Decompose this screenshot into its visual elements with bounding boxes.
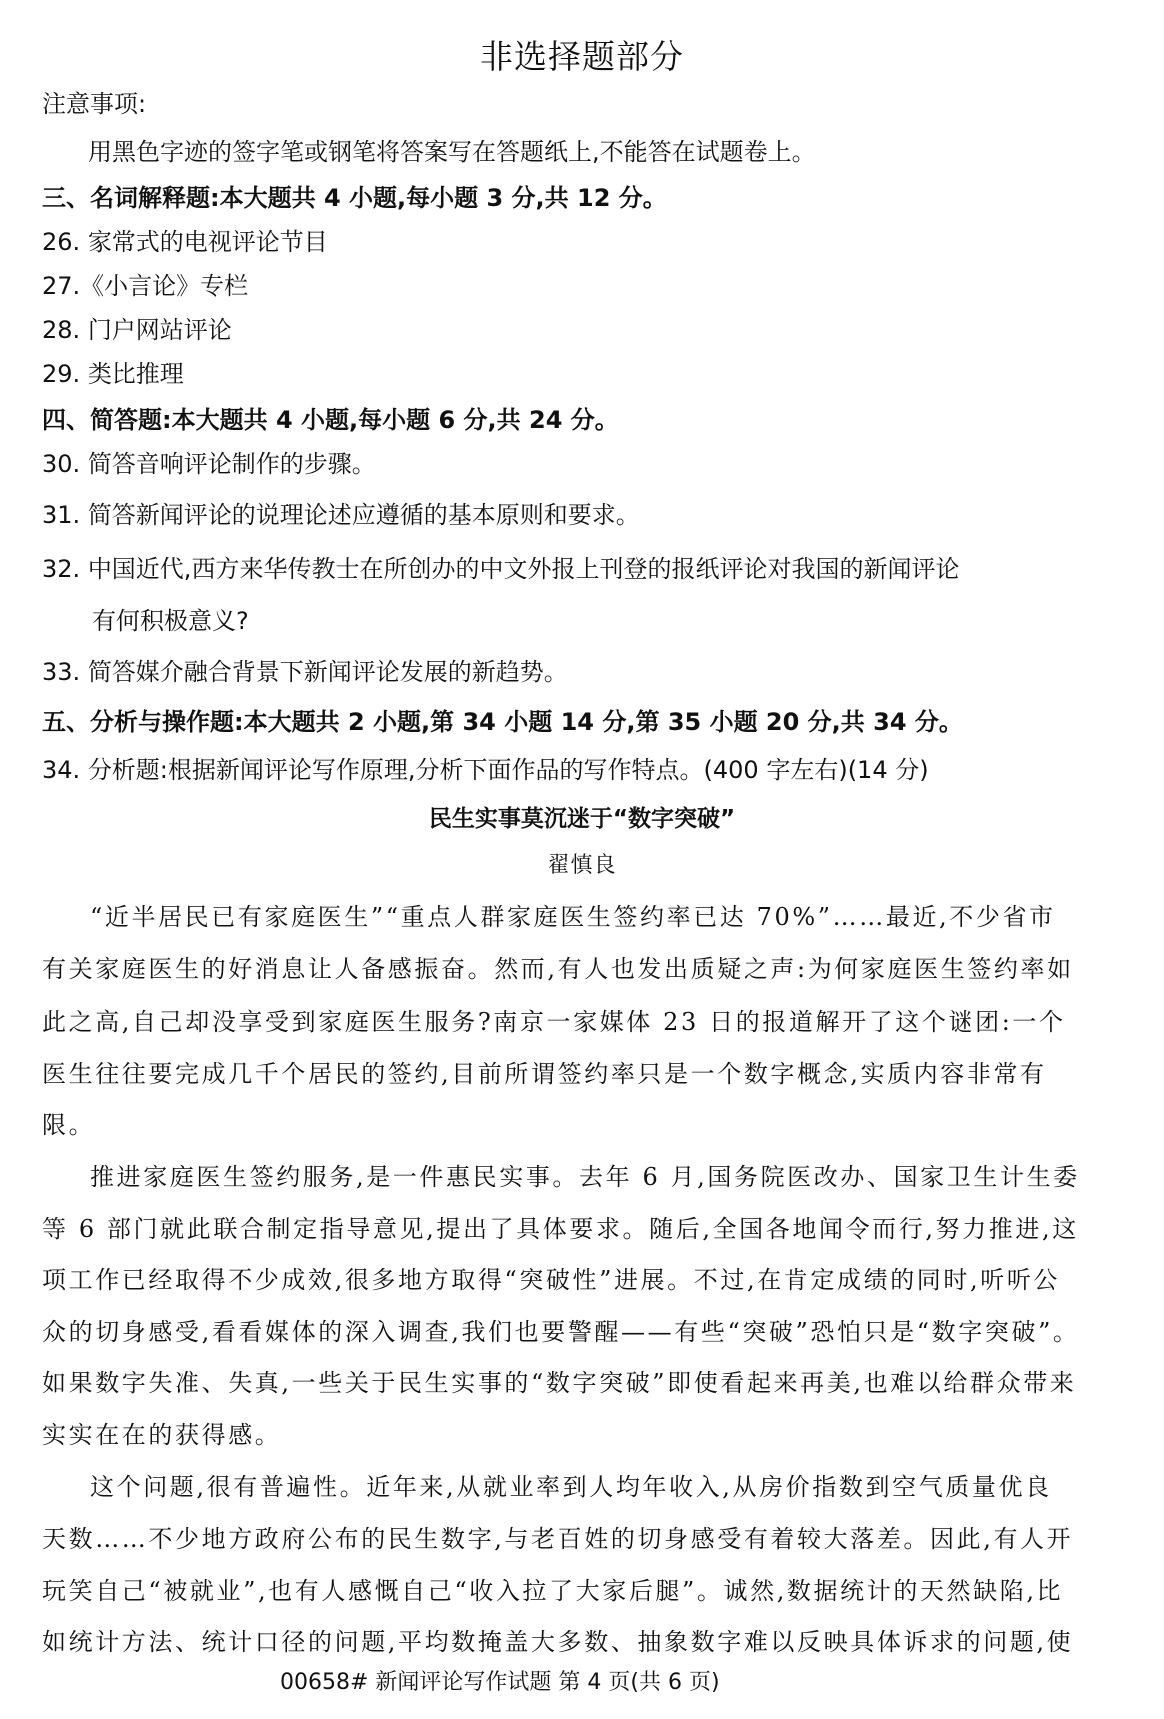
question-text: 分析题:根据新闻评论写作原理,分析下面作品的写作特点。(400 字左右)(14 … xyxy=(88,756,929,784)
question-text: 门户网站评论 xyxy=(88,316,232,344)
question-text: 家常式的电视评论节目 xyxy=(88,228,328,256)
question-34: 34. 分析题:根据新闻评论写作原理,分析下面作品的写作特点。(400 字左右)… xyxy=(42,758,929,782)
question-31: 31. 简答新闻评论的说理论述应遵循的基本原则和要求。 xyxy=(42,503,640,527)
question-number: 27. xyxy=(42,272,80,300)
question-number: 26. xyxy=(42,228,80,256)
question-number: 28. xyxy=(42,316,80,344)
question-number: 30. xyxy=(42,450,80,478)
page-footer: 00658# 新闻评论写作试题 第 4 页(共 6 页) xyxy=(280,1672,720,1694)
question-number: 32. xyxy=(42,555,80,583)
article-author: 翟慎良 xyxy=(0,855,1164,877)
article-line: 众的切身感受,看看媒体的深入调查,我们也要警醒——有些“突破”恐怕只是“数字突破… xyxy=(42,1320,1080,1344)
article-line: 玩笑自己“被就业”,也有人感慨自己“收入拉了大家后腿”。诚然,数据统计的天然缺陷… xyxy=(42,1579,1063,1603)
article-line: 有关家庭医生的好消息让人备感振奋。然而,有人也发出质疑之声:为何家庭医生签约率如 xyxy=(42,957,1074,981)
article-line: “近半居民已有家庭医生”“重点人群家庭医生签约率已达 70%”……最近,不少省市 xyxy=(90,905,1056,929)
question-27: 27.《小言论》专栏 xyxy=(42,274,248,298)
question-28: 28. 门户网站评论 xyxy=(42,318,232,342)
article-line: 此之高,自己却没享受到家庭医生服务?南京一家媒体 23 日的报道解开了这个谜团:… xyxy=(42,1010,1066,1034)
question-text: 简答新闻评论的说理论述应遵循的基本原则和要求。 xyxy=(88,501,640,529)
article-title: 民生实事莫沉迷于“数字突破” xyxy=(0,808,1164,831)
section3-heading: 三、名词解释题:本大题共 4 小题,每小题 3 分,共 12 分。 xyxy=(42,186,667,210)
section4-heading: 四、简答题:本大题共 4 小题,每小题 6 分,共 24 分。 xyxy=(42,408,619,432)
article-line: 医生往往要完成几千个居民的签约,目前所谓签约率只是一个数字概念,实质内容非常有 xyxy=(42,1062,1047,1086)
article-line: 如果数字失准、失真,一些关于民生实事的“数字突破”即使看起来再美,也难以给群众带… xyxy=(42,1371,1076,1395)
question-number: 29. xyxy=(42,360,80,388)
question-33: 33. 简答媒介融合背景下新闻评论发展的新趋势。 xyxy=(42,660,568,684)
article-line: 限。 xyxy=(42,1113,95,1137)
article-line: 项工作已经取得不少成效,很多地方取得“突破性”进展。不过,在肯定成绩的同时,听听… xyxy=(42,1268,1060,1292)
article-line: 如统计方法、统计口径的问题,平均数掩盖大多数、抽象数字难以反映具体诉求的问题,使 xyxy=(42,1630,1073,1654)
question-text: 简答媒介融合背景下新闻评论发展的新趋势。 xyxy=(88,658,568,686)
question-32: 32. 中国近代,西方来华传教士在所创办的中文外报上刊登的报纸评论对我国的新闻评… xyxy=(42,557,959,581)
question-text: 中国近代,西方来华传教士在所创办的中文外报上刊登的报纸评论对我国的新闻评论 xyxy=(88,555,960,583)
question-number: 33. xyxy=(42,658,80,686)
question-29: 29. 类比推理 xyxy=(42,362,184,386)
question-text: 类比推理 xyxy=(88,360,184,388)
question-26: 26. 家常式的电视评论节目 xyxy=(42,230,328,254)
page-title: 非选择题部分 xyxy=(0,40,1164,73)
article-line: 等 6 部门就此联合制定指导意见,提出了具体要求。随后,全国各地闻令而行,努力推… xyxy=(42,1217,1079,1241)
question-number: 34. xyxy=(42,756,80,784)
question-text: 《小言论》专栏 xyxy=(80,272,248,300)
section5-heading: 五、分析与操作题:本大题共 2 小题,第 34 小题 14 分,第 35 小题 … xyxy=(42,710,963,734)
article-line: 这个问题,很有普遍性。近年来,从就业率到人均年收入,从房价指数到空气质量优良 xyxy=(90,1475,1052,1499)
question-text: 简答音响评论制作的步骤。 xyxy=(88,450,376,478)
question-32-continued: 有何积极意义? xyxy=(92,609,249,633)
article-line: 推进家庭医生签约服务,是一件惠民实事。去年 6 月,国务院医改办、国家卫生计生委 xyxy=(90,1165,1080,1189)
question-30: 30. 简答音响评论制作的步骤。 xyxy=(42,452,376,476)
question-number: 31. xyxy=(42,501,80,529)
article-line: 实实在在的获得感。 xyxy=(42,1423,281,1447)
article-line: 天数……不少地方政府公布的民生数字,与老百姓的切身感受有着较大落差。因此,有人开 xyxy=(42,1527,1073,1551)
notice-text: 用黑色字迹的签字笔或钢笔将答案写在答题纸上,不能答在试题卷上。 xyxy=(88,140,816,164)
notice-heading: 注意事项: xyxy=(42,92,146,116)
